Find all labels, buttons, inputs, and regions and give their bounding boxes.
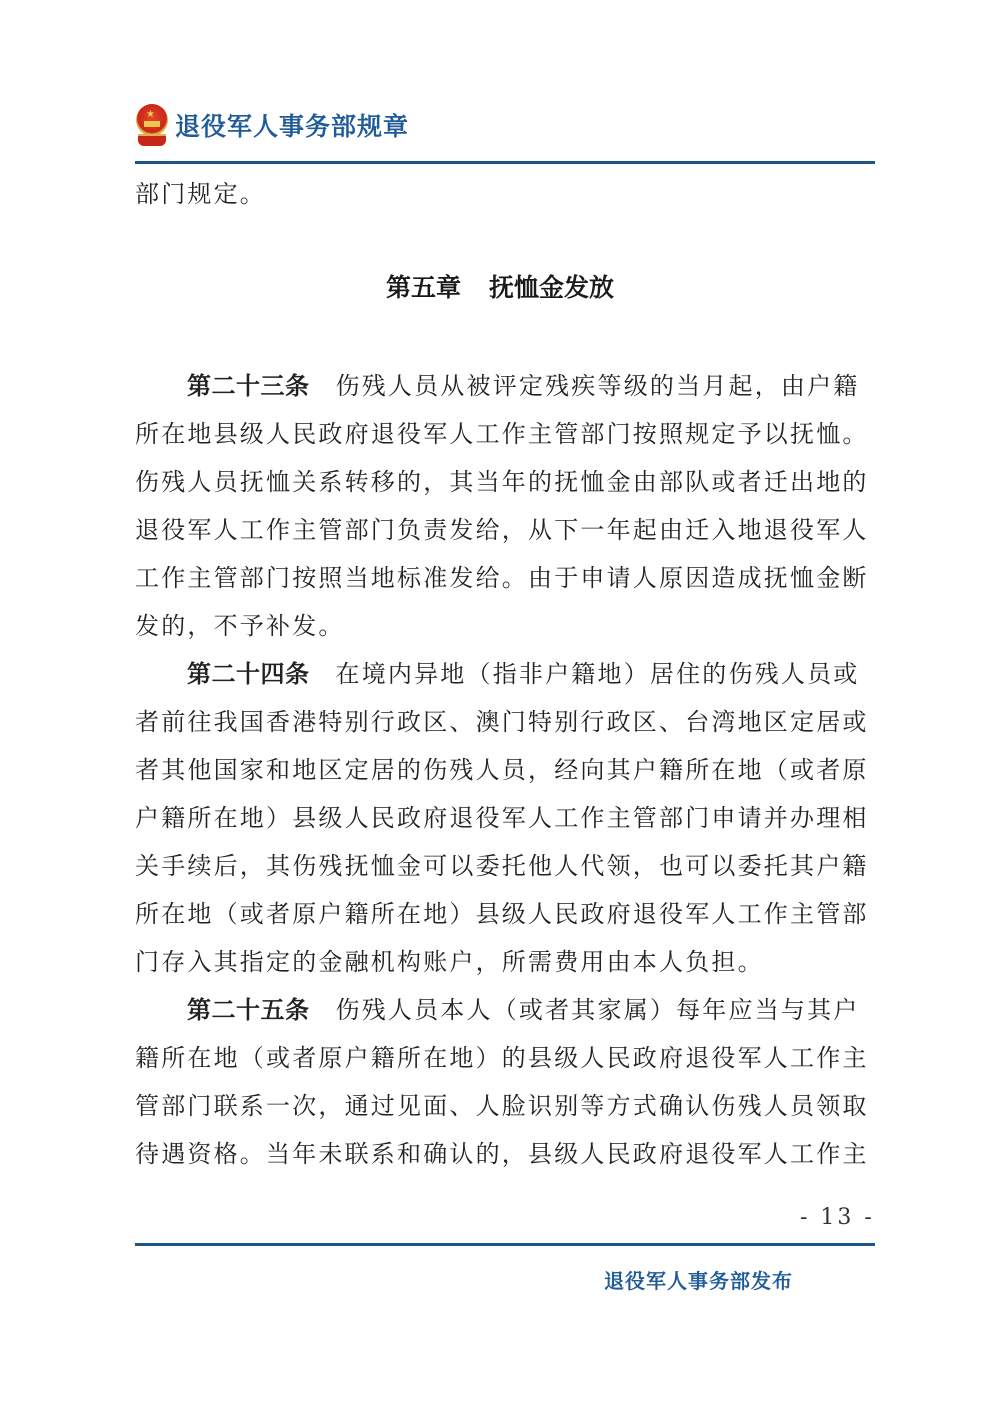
article-25-line: 籍所在地（或者原户籍所在地）的县级人民政府退役军人工作主 bbox=[135, 1034, 875, 1082]
article-24-line: 者其他国家和地区定居的伤残人员，经向其户籍所在地（或者原 bbox=[135, 746, 875, 794]
header-divider bbox=[135, 161, 875, 164]
national-emblem-icon: ★ bbox=[135, 104, 169, 146]
page-header: ★ 退役军人事务部规章 bbox=[135, 104, 409, 146]
page-number: - 13 - bbox=[800, 1205, 875, 1230]
article-23-first-line: 第二十三条伤残人员从被评定残疾等级的当月起，由户籍 bbox=[135, 362, 875, 410]
article-24-first-line: 第二十四条在境内异地（指非户籍地）居住的伤残人员或 bbox=[135, 650, 875, 698]
article-23-line: 工作主管部门按照当地标准发给。由于申请人原因造成抚恤金断 bbox=[135, 554, 875, 602]
article-23-line: 发的，不予补发。 bbox=[135, 602, 875, 650]
chapter-number: 第五章 bbox=[386, 273, 461, 302]
chapter-heading: 第五章抚恤金发放 bbox=[0, 268, 1000, 304]
carryover-text: 部门规定。 bbox=[135, 170, 875, 218]
article-24-line: 门存入其指定的金融机构账户，所需费用由本人负担。 bbox=[135, 938, 875, 986]
article-24-line: 在境内异地（指非户籍地）居住的伤残人员或 bbox=[336, 660, 860, 688]
article-23-line: 伤残人员从被评定残疾等级的当月起，由户籍 bbox=[336, 372, 860, 400]
article-23-label: 第二十三条 bbox=[187, 372, 310, 400]
article-23-line: 伤残人员抚恤关系转移的，其当年的抚恤金由部队或者迁出地的 bbox=[135, 458, 875, 506]
article-25-line: 伤残人员本人（或者其家属）每年应当与其户 bbox=[336, 996, 860, 1024]
article-23-line: 所在地县级人民政府退役军人工作主管部门按照规定予以抚恤。 bbox=[135, 410, 875, 458]
chapter-title: 抚恤金发放 bbox=[489, 273, 614, 302]
article-25-line: 管部门联系一次，通过见面、人脸识别等方式确认伤残人员领取 bbox=[135, 1082, 875, 1130]
article-24-line: 户籍所在地）县级人民政府退役军人工作主管部门申请并办理相 bbox=[135, 794, 875, 842]
article-24-line: 者前往我国香港特别行政区、澳门特别行政区、台湾地区定居或 bbox=[135, 698, 875, 746]
article-25-line: 待遇资格。当年未联系和确认的，县级人民政府退役军人工作主 bbox=[135, 1130, 875, 1178]
header-title: 退役军人事务部规章 bbox=[175, 107, 409, 143]
article-25-first-line: 第二十五条伤残人员本人（或者其家属）每年应当与其户 bbox=[135, 986, 875, 1034]
publisher-label: 退役军人事务部发布 bbox=[604, 1265, 793, 1294]
carryover-line: 部门规定。 bbox=[135, 170, 875, 218]
article-24-line: 所在地（或者原户籍所在地）县级人民政府退役军人工作主管部 bbox=[135, 890, 875, 938]
article-23-line: 退役军人工作主管部门负责发给，从下一年起由迁入地退役军人 bbox=[135, 506, 875, 554]
article-body: 第二十三条伤残人员从被评定残疾等级的当月起，由户籍 所在地县级人民政府退役军人工… bbox=[135, 362, 875, 1178]
article-24-line: 关手续后，其伤残抚恤金可以委托他人代领，也可以委托其户籍 bbox=[135, 842, 875, 890]
article-25-label: 第二十五条 bbox=[187, 996, 310, 1024]
footer-divider bbox=[135, 1243, 875, 1246]
article-24-label: 第二十四条 bbox=[187, 660, 310, 688]
